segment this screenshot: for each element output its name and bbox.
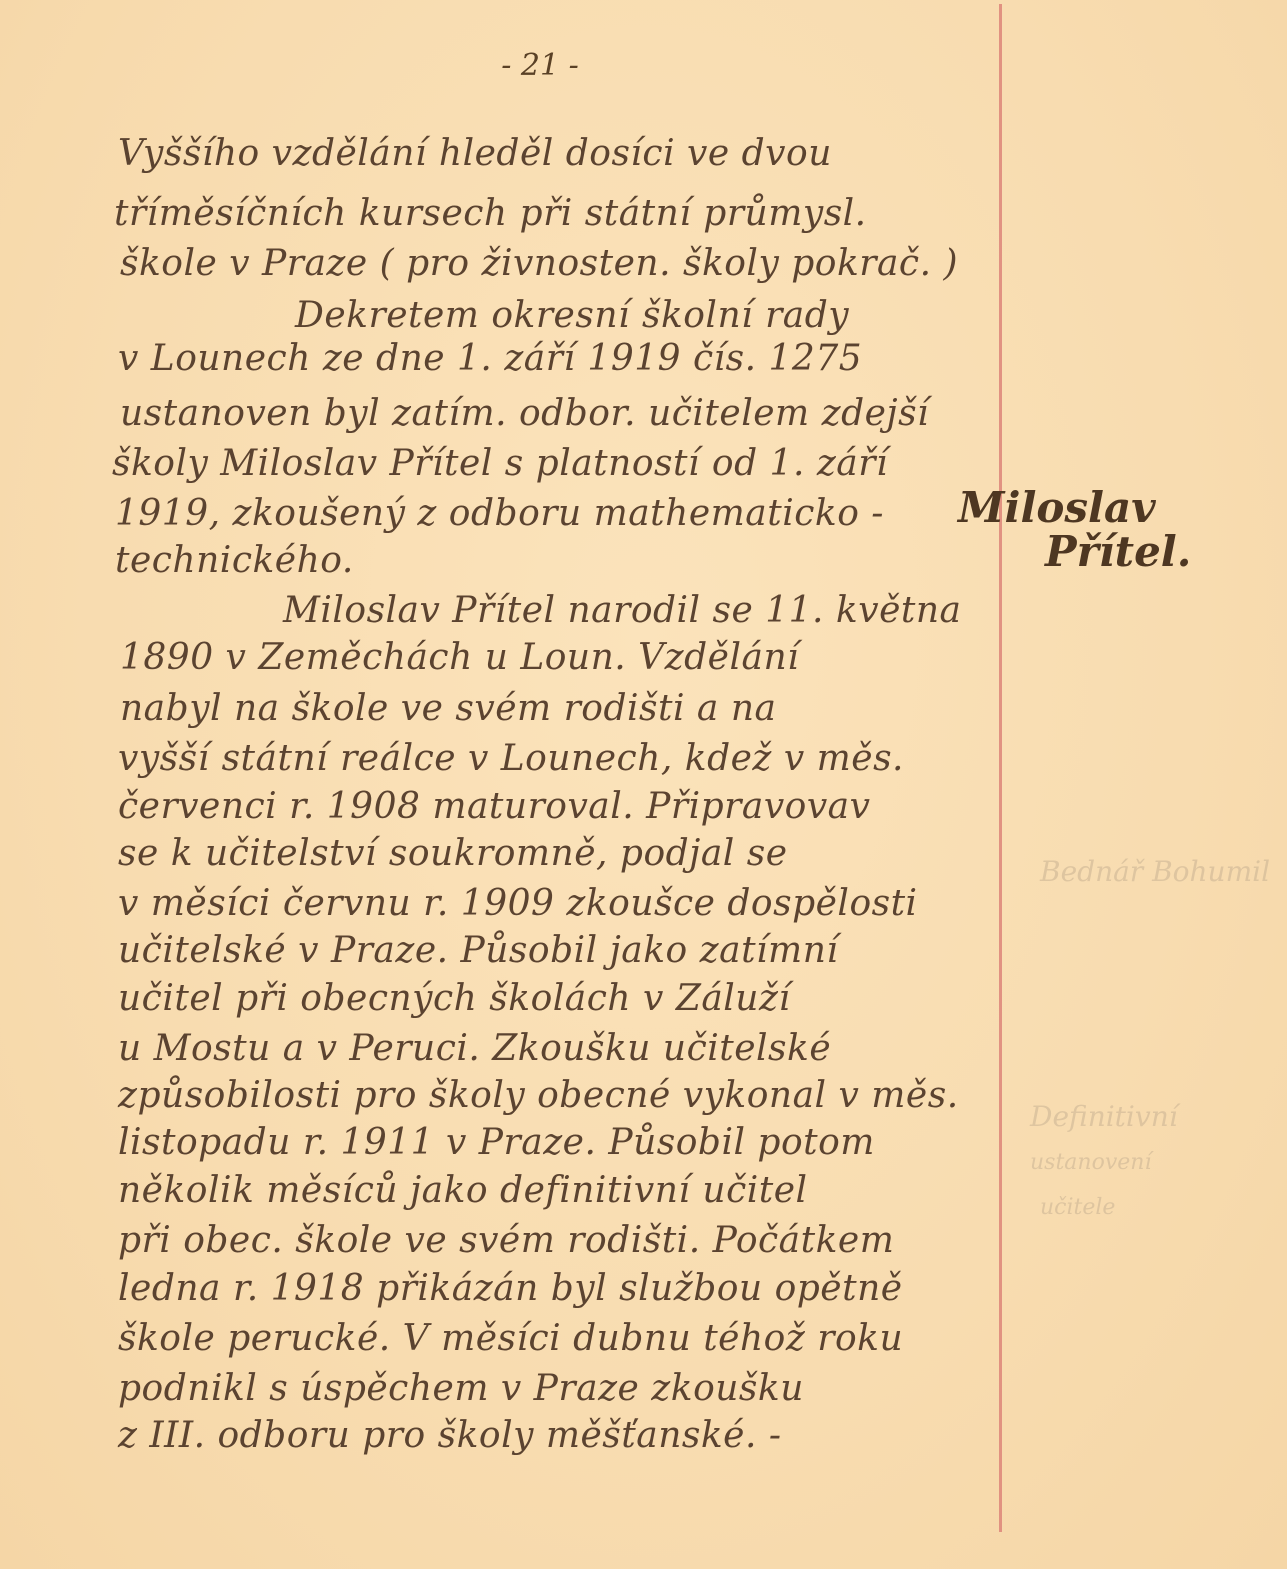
text-line: podnikl s úspěchem v Praze zkoušku [118,1368,804,1409]
text-line: nabyl na škole ve svém rodišti a na [120,688,776,729]
bleed-through-text: ustanovení [1030,1150,1151,1175]
bleed-through-text: Bednář Bohumil [1040,855,1270,888]
text-line: škole v Praze ( pro živnosten. školy pok… [120,243,958,284]
bleed-through-text: Definitivní [1030,1100,1178,1133]
text-line: u Mostu a v Peruci. Zkoušku učitelské [118,1028,831,1069]
margin-note-name: Miloslav [958,483,1156,532]
text-line: z III. odboru pro školy měšťanské. - [118,1415,782,1456]
text-line: ustanoven byl zatím. odbor. učitelem zde… [120,393,929,434]
text-line: v Lounech ze dne 1. září 1919 čís. 1275 [118,338,862,379]
red-margin-rule [999,4,1002,1532]
text-line: listopadu r. 1911 v Praze. Působil potom [118,1122,875,1163]
text-line: způsobilosti pro školy obecné vykonal v … [118,1075,959,1116]
page-number: - 21 - [470,48,610,83]
text-line: Dekretem okresní školní rady [295,295,849,336]
text-line: 1890 v Zeměchách u Loun. Vzdělání [120,637,799,678]
bleed-through-text: učitele [1040,1195,1115,1220]
text-line: školy Miloslav Přítel s platností od 1. … [112,443,888,484]
text-line: vyšší státní reálce v Lounech, kdež v mě… [118,738,904,779]
text-line: ledna r. 1918 přikázán byl službou opětn… [118,1268,903,1309]
text-line: škole perucké. V měsíci dubnu téhož roku [118,1318,903,1359]
text-line: tříměsíčních kursech při státní průmysl. [114,193,867,234]
text-line: učitel při obecných školách v Záluží [118,978,790,1019]
document-page: - 21 - Bednář Bohumil Definitivní ustano… [0,0,1287,1569]
text-line: Vyššího vzdělání hleděl dosíci ve dvou [118,133,832,174]
text-line: technického. [115,540,354,581]
text-line: v měsíci červnu r. 1909 zkoušce dospělos… [118,883,918,924]
text-line: Miloslav Přítel narodil se 11. května [283,590,962,631]
text-line: 1919, zkoušený z odboru mathematicko - [115,493,884,534]
margin-note-surname: Přítel. [1045,527,1191,576]
text-line: učitelské v Praze. Působil jako zatímní [118,930,838,971]
text-line: červenci r. 1908 maturoval. Připravovav [118,786,870,827]
text-line: se k učitelství soukromně, podjal se [118,833,788,874]
text-line: několik měsíců jako definitivní učitel [118,1170,808,1211]
text-line: při obec. škole ve svém rodišti. Počátke… [118,1220,894,1261]
